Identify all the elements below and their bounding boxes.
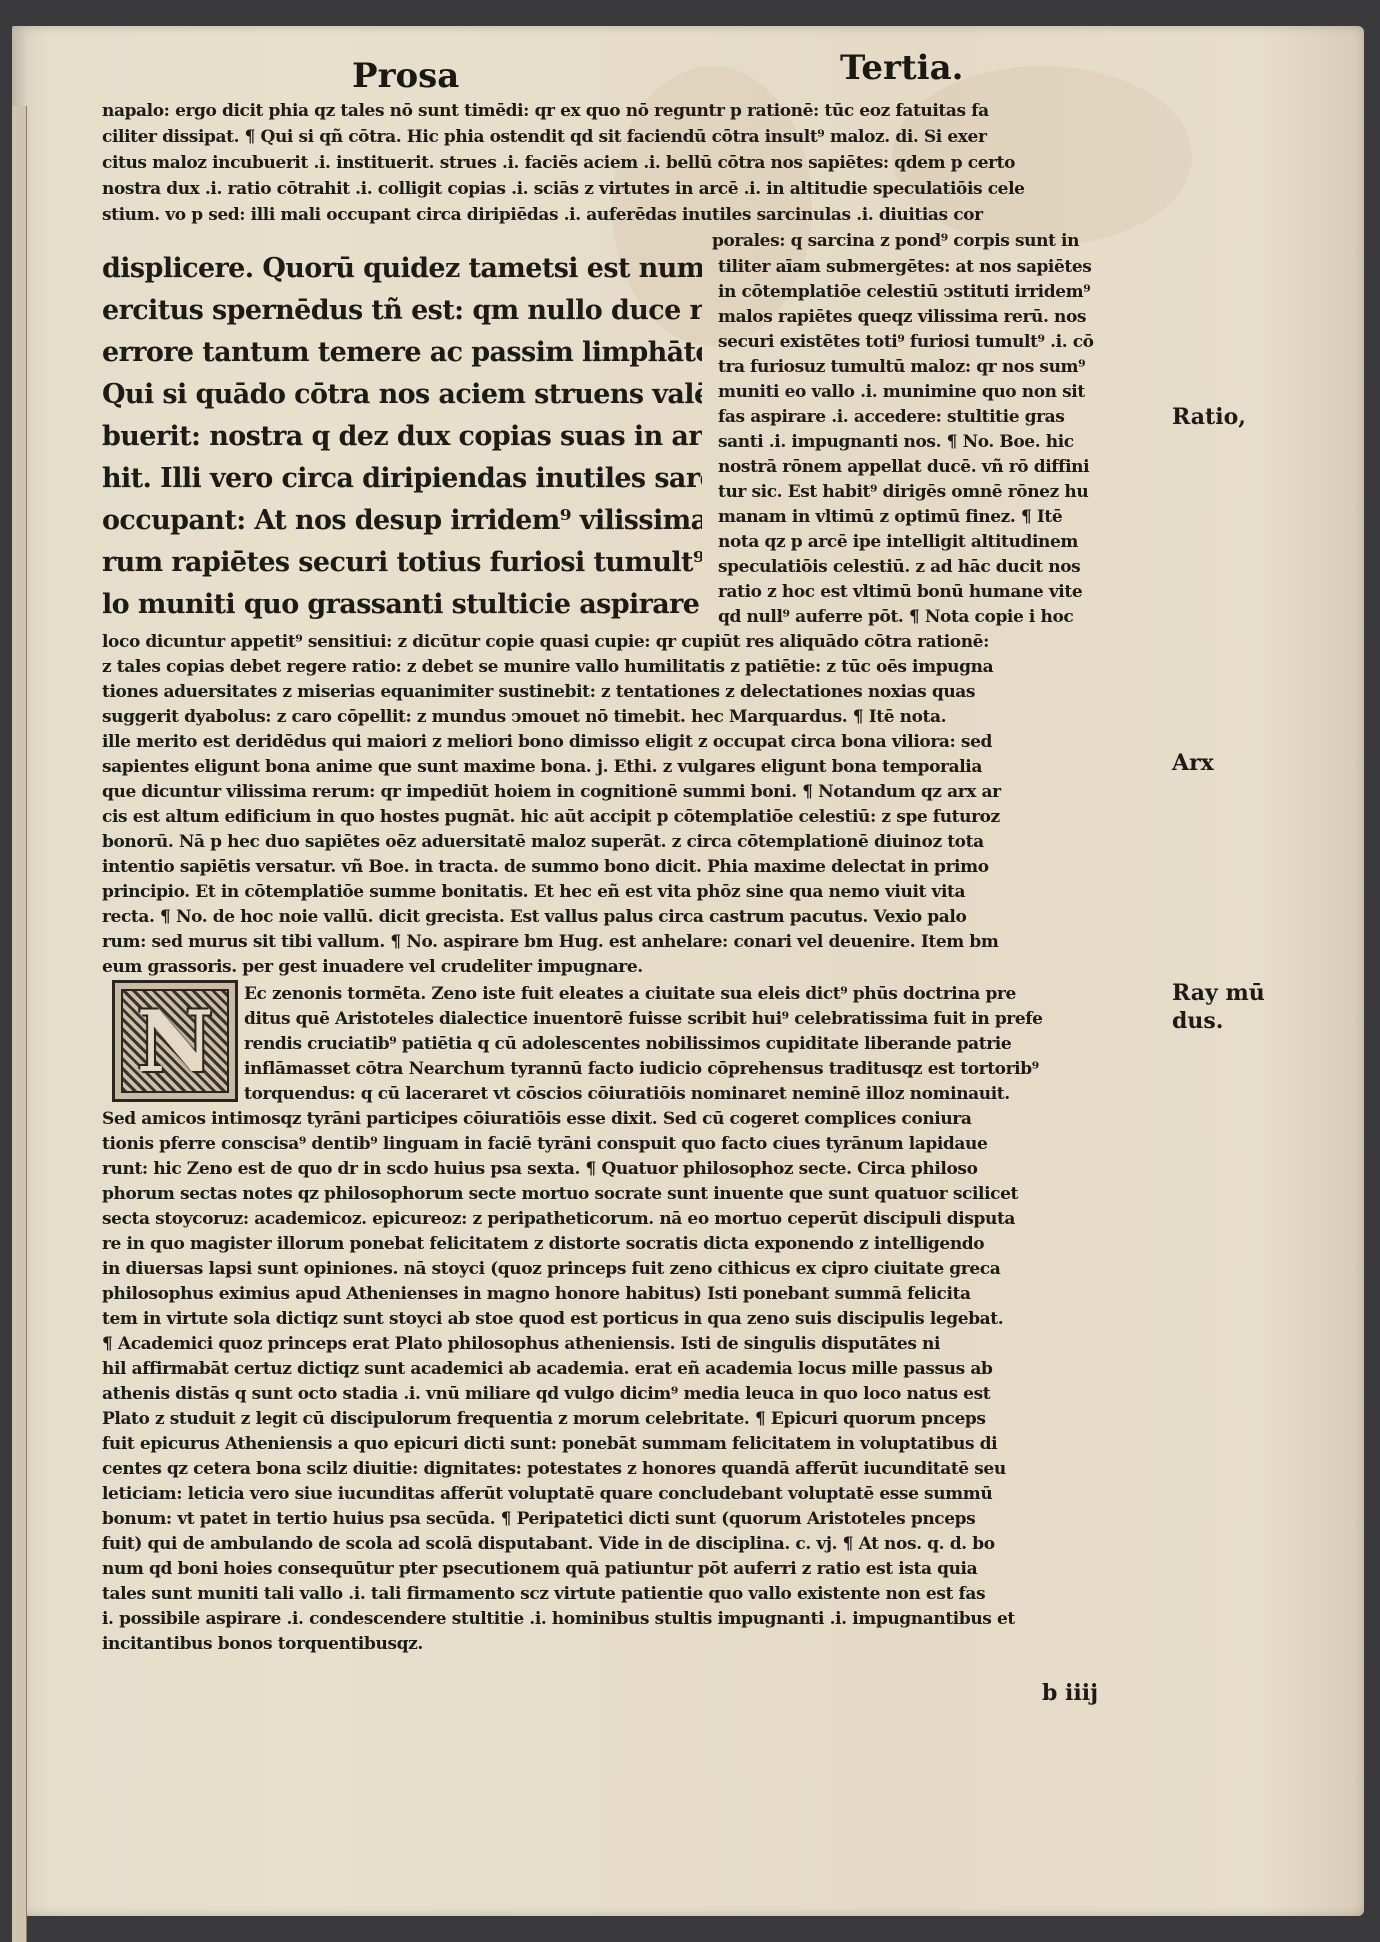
marginal-note: Ray mū <box>1172 980 1265 1006</box>
commentary-line: tur sic. Est habit⁹ dirigēs omnē rōnez h… <box>718 479 1182 505</box>
initial-letter: N <box>115 983 235 1099</box>
commentary-line: loco dicuntur appetit⁹ sensitiui: z dicū… <box>102 629 1182 655</box>
commentary-line: principio. Et in cōtemplatiōe summe boni… <box>102 879 1182 905</box>
commentary-line: manam in vltimū z optimū finez. ¶ Itē <box>718 504 1182 530</box>
commentary-line: i. possibile aspirare .i. condescendere … <box>102 1606 1182 1632</box>
commentary-line: Sed amicos intimosqz tyrāni participes c… <box>102 1106 1182 1132</box>
commentary-line: athenis distās q sunt octo stadia .i. vn… <box>102 1381 1182 1407</box>
commentary-line: intentio sapiētis versatur. vñ Boe. in t… <box>102 854 1182 880</box>
commentary-line: tiliter aīam submergētes: at nos sapiēte… <box>718 254 1182 280</box>
commentary-line: tionis pferre conscisa⁹ dentib⁹ linguam … <box>102 1131 1182 1157</box>
commentary-line: Ec zenonis tormēta. Zeno iste fuit eleat… <box>244 981 1182 1007</box>
commentary-line: tem in virtute sola dictiqz sunt stoyci … <box>102 1306 1182 1332</box>
commentary-line: in diuersas lapsi sunt opiniones. nā sto… <box>102 1256 1182 1282</box>
commentary-line: que dicuntur vilissima rerum: qr impediū… <box>102 779 1182 805</box>
main-text-line: lo muniti quo grassanti stulticie aspira… <box>102 584 702 626</box>
commentary-line: napalo: ergo dicit phia qz tales nō sunt… <box>102 98 1182 124</box>
commentary-line: bonorū. Nā p hec duo sapiētes oēz aduers… <box>102 829 1182 855</box>
commentary-line: ¶ Academici quoz princeps erat Plato phi… <box>102 1331 1182 1357</box>
commentary-line: tiones aduersitates z miserias equanimit… <box>102 679 1182 705</box>
commentary-line: porales: q sarcina z pond⁹ corpis sunt i… <box>712 228 1182 254</box>
commentary-line: incitantibus bonos torquentibusqz. <box>102 1631 1182 1657</box>
commentary-line: num qd boni hoies consequūtur pter psecu… <box>102 1556 1182 1582</box>
commentary-line: philosophus eximius apud Athenienses in … <box>102 1281 1182 1307</box>
commentary-line: tales sunt muniti tali vallo .i. tali fi… <box>102 1581 1182 1607</box>
commentary-line: eum grassoris. per gest inuadere vel cru… <box>102 954 1182 980</box>
commentary-line: in cōtemplatiōe celestiū ↄstituti irride… <box>718 279 1182 305</box>
main-text-line: buerit: nostra q dez dux copias suas in … <box>102 416 702 458</box>
commentary-line: nota qz p arcē ipe intelligit altitudine… <box>718 529 1182 555</box>
commentary-line: runt: hic Zeno est de quo dr in scdo hui… <box>102 1156 1182 1182</box>
main-text-line: hit. Illi vero circa diripiendas inutile… <box>102 458 702 500</box>
commentary-line: malos rapiētes queqz vilissima rerū. nos <box>718 304 1182 330</box>
running-head-left: Prosa <box>352 56 459 96</box>
commentary-line: santi .i. impugnanti nos. ¶ No. Boe. hic <box>718 429 1182 455</box>
commentary-line: z tales copias debet regere ratio: z deb… <box>102 654 1182 680</box>
commentary-line: tra furiosuz tumultū maloz: qr nos sum⁹ <box>718 354 1182 380</box>
main-text-line: Qui si quādo cōtra nos aciem struens val… <box>102 374 702 416</box>
commentary-line: rendis cruciatib⁹ patiētia q cū adolesce… <box>244 1031 1182 1057</box>
commentary-line: centes qz cetera bona scilz diuitie: dig… <box>102 1456 1182 1482</box>
commentary-line: nostrā rōnem appellat ducē. vñ rō diffin… <box>718 454 1182 480</box>
book-page: Prosa Tertia. napalo: ergo dicit phia qz… <box>12 26 1364 1916</box>
commentary-line: ille merito est deridēdus qui maiori z m… <box>102 729 1182 755</box>
main-text-line: errore tantum temere ac passim limphāte … <box>102 332 702 374</box>
facing-page-edge <box>12 106 27 1942</box>
commentary-line: nostra dux .i. ratio cōtrahit .i. collig… <box>102 176 1182 202</box>
signature-mark: b iiij <box>1042 1680 1098 1706</box>
commentary-line: bonum: vt patet in tertio huius psa secū… <box>102 1506 1182 1532</box>
commentary-line: speculatiōis celestiū. z ad hāc ducit no… <box>718 554 1182 580</box>
commentary-line: ratio z hoc est vltimū bonū humane vite <box>718 579 1182 605</box>
commentary-line: qd null⁹ auferre pōt. ¶ Nota copie i hoc <box>718 604 1182 630</box>
commentary-line: ciliter dissipat. ¶ Qui si qñ cōtra. Hic… <box>102 124 1182 150</box>
commentary-line: ditus quē Aristoteles dialectice inuento… <box>244 1006 1182 1032</box>
commentary-line: cis est altum edificium in quo hostes pu… <box>102 804 1182 830</box>
commentary-line: suggerit dyabolus: z caro cōpellit: z mu… <box>102 704 1182 730</box>
commentary-line: leticiam: leticia vero siue iucunditas a… <box>102 1481 1182 1507</box>
commentary-line: recta. ¶ No. de hoc noie vallū. dicit gr… <box>102 904 1182 930</box>
commentary-line: citus maloz incubuerit .i. instituerit. … <box>102 150 1182 176</box>
commentary-line: stium. vo p sed: illi mali occupant circ… <box>102 202 1182 228</box>
commentary-line: fuit epicurus Atheniensis a quo epicuri … <box>102 1431 1182 1457</box>
commentary-line: fuit) qui de ambulando de scola ad scolā… <box>102 1531 1182 1557</box>
commentary-line: torquendus: q cū laceraret vt cōscios cō… <box>244 1081 1182 1107</box>
commentary-line: inflāmasset cōtra Nearchum tyrannū facto… <box>244 1056 1182 1082</box>
commentary-line: secta stoycoruz: academicoz. epicureoz: … <box>102 1206 1182 1232</box>
running-head-right: Tertia. <box>840 48 963 88</box>
commentary-line: sapientes eligunt bona anime que sunt ma… <box>102 754 1182 780</box>
commentary-line: securi existētes toti⁹ furiosi tumult⁹ .… <box>718 329 1182 355</box>
commentary-line: muniti eo vallo .i. munimine quo non sit <box>718 379 1182 405</box>
main-text-line: displicere. Quorū quidez tametsi est num… <box>102 248 702 290</box>
commentary-line: rum: sed murus sit tibi vallum. ¶ No. as… <box>102 929 1182 955</box>
marginal-note: Arx <box>1172 750 1214 776</box>
main-text-line: rum rapiētes securi totius furiosi tumul… <box>102 542 702 584</box>
commentary-line: hil affirmabāt certuz dictiqz sunt acade… <box>102 1356 1182 1382</box>
commentary-line: fas aspirare .i. accedere: stultitie gra… <box>718 404 1182 430</box>
commentary-line: Plato z studuit z legit cū discipulorum … <box>102 1406 1182 1432</box>
marginal-note: dus. <box>1172 1008 1223 1034</box>
commentary-line: phorum sectas notes qz philosophorum sec… <box>102 1181 1182 1207</box>
commentary-line: re in quo magister illorum ponebat felic… <box>102 1231 1182 1257</box>
decorated-initial: N <box>112 980 238 1102</box>
main-text-line: occupant: At nos desup irridem⁹ vilissim… <box>102 500 702 542</box>
marginal-note: Ratio, <box>1172 404 1246 430</box>
main-text-line: ercitus spernēdus tñ est: qm nullo duce … <box>102 290 702 332</box>
